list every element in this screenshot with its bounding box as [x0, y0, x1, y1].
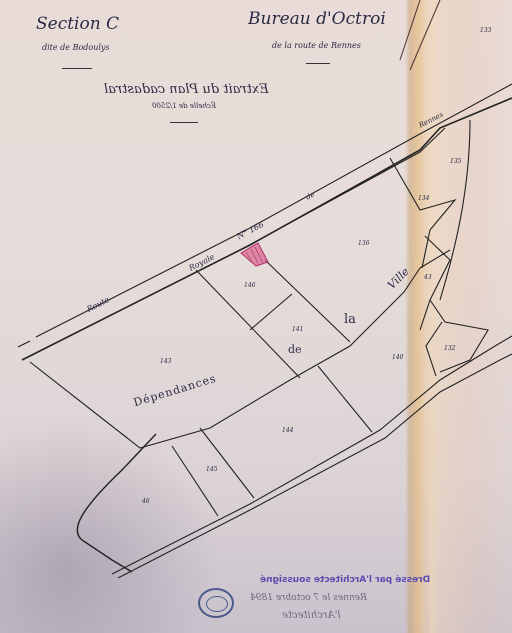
boundary-145-east — [200, 428, 254, 498]
boundary-145-west — [172, 446, 218, 516]
boundary-134 — [390, 158, 455, 268]
road-inner-edge — [244, 128, 445, 248]
area-label-de: de — [288, 343, 302, 356]
road-south-edge — [22, 98, 512, 360]
highlighted-parcel[interactable] — [241, 243, 268, 266]
parcel-46[interactable]: 46 — [142, 498, 150, 505]
boundary-132 — [430, 300, 488, 372]
seal-stamp: Inventaire Général — [198, 588, 234, 618]
area-label-la: la — [344, 312, 356, 327]
architect-stamp: Dressé par l'Architecte soussigné — [260, 575, 430, 585]
parcel-144[interactable]: 144 — [282, 427, 293, 434]
parcel-132[interactable]: 132 — [444, 345, 455, 352]
fold-lines — [400, 0, 440, 70]
seal-text: Inventaire Général — [180, 626, 190, 627]
parcel-135[interactable]: 135 — [450, 158, 461, 165]
signature-name: l'Architecte — [282, 610, 341, 621]
parcel-136[interactable]: 136 — [358, 240, 369, 247]
parcel-133[interactable]: 133 — [480, 27, 491, 34]
parcel-141[interactable]: 141 — [292, 326, 303, 333]
parcel-146[interactable]: 146 — [244, 282, 255, 289]
parcel-134[interactable]: 134 — [418, 195, 429, 202]
parcel-143[interactable]: 143 — [160, 358, 171, 365]
boundary-144-east — [318, 366, 372, 432]
signature-date: Rennes le 7 octobre 1894 — [250, 593, 367, 603]
cadastral-map — [0, 0, 512, 633]
boundary-132-west — [426, 322, 442, 376]
boundary-146-east — [265, 260, 350, 342]
lower-road-north — [112, 336, 512, 574]
parcel-43[interactable]: 43 — [424, 274, 432, 281]
boundary-141 — [250, 294, 292, 330]
parcel-145[interactable]: 145 — [206, 466, 217, 473]
boundary-135 — [440, 120, 470, 300]
parcel-140[interactable]: 140 — [392, 354, 403, 361]
